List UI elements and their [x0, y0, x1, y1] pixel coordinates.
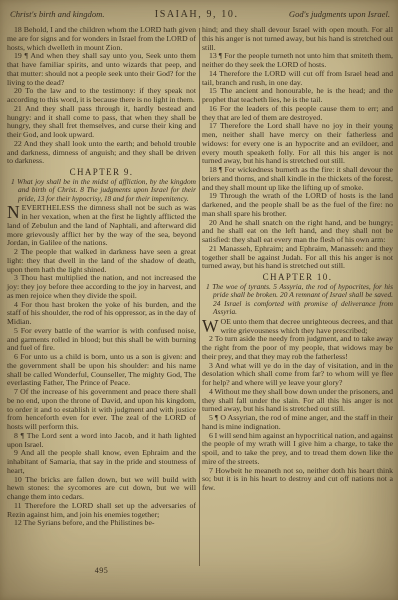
verse: 16 For the leaders of this people cause … [202, 105, 393, 123]
verse: 12 The Syrians before, and the Philistin… [7, 519, 196, 528]
verse: 5 For every battle of the warrior is wit… [7, 327, 196, 353]
verse: 20 And he shall snatch on the right hand… [202, 219, 393, 245]
running-head-left: Christ's birth and kingdom. [10, 9, 104, 19]
verse: 5 ¶ O Assyrian, the rod of mine anger, a… [202, 414, 393, 432]
chapter-summary: 1 What joy shall be in the midst of affl… [7, 178, 196, 204]
running-head-right: God's judgments upon Israel. [289, 9, 390, 19]
verse: 20 To the law and to the testimony: if t… [7, 87, 196, 105]
verse: 17 Therefore the Lord shall have no joy … [202, 122, 393, 166]
verse: 22 And they shall look unto the earth; a… [7, 140, 196, 166]
verse: 9 And all the people shall know, even Ep… [7, 449, 196, 475]
verse: 7 Of the increase of his government and … [7, 388, 196, 432]
verse: 21 Manasseh, Ephraim; and Ephraim, Manas… [202, 245, 393, 271]
verse: 7 Howbeit he meaneth not so, neither dot… [202, 467, 393, 493]
verse: 14 Therefore the LORD will cut off from … [202, 70, 393, 88]
chapter-summary: 1 The woe of tyrants. 5 Assyria, the rod… [202, 283, 393, 317]
verse: 4 For thou hast broken the yoke of his b… [7, 301, 196, 327]
verse: 15 The ancient and honourable, he is the… [202, 87, 393, 105]
verse: 19 ¶ And when they shall say unto you, S… [7, 52, 196, 87]
verse: 11 Therefore the LORD shall set up the a… [7, 502, 196, 520]
verse: 8 ¶ The Lord sent a word into Jacob, and… [7, 432, 196, 450]
verse-continuation: hind; and they shall devour Israel with … [202, 26, 393, 52]
page-heading: ISAIAH, 9, 10. [155, 9, 239, 20]
verse: 10 The bricks are fallen down, but we wi… [7, 476, 196, 502]
bible-page: Christ's birth and kingdom. ISAIAH, 9, 1… [0, 0, 398, 600]
column-divider [199, 28, 200, 566]
drop-cap-verse: NEVERTHELESS the dimness shall not be su… [7, 204, 196, 248]
verse: 6 I will send him against an hypocritica… [202, 432, 393, 467]
chapter-heading: CHAPTER 10. [202, 273, 393, 282]
verse: 18 Behold, I and the children whom the L… [7, 26, 196, 52]
verse: 2 The people that walked in darkness hav… [7, 248, 196, 274]
text-columns: 18 Behold, I and the children whom the L… [7, 26, 393, 566]
verse: 13 ¶ For the people turneth not unto him… [202, 52, 393, 70]
verse: 19 Through the wrath of the LORD of host… [202, 192, 393, 218]
verse: 18 ¶ For wickedness burneth as the fire:… [202, 166, 393, 192]
right-column: hind; and they shall devour Israel with … [202, 26, 393, 566]
verse: 4 Without me they shall bow down under t… [202, 388, 393, 414]
left-column: 18 Behold, I and the children whom the L… [7, 26, 196, 566]
verse: 3 Thou hast multiplied the nation, and n… [7, 274, 196, 300]
drop-cap-verse: WOE unto them that decree unrighteous de… [202, 318, 393, 336]
chapter-heading: CHAPTER 9. [7, 168, 196, 177]
page-number: 495 [7, 566, 196, 575]
verse: 6 For unto us a child is born, unto us a… [7, 353, 196, 388]
verse: 21 And they shall pass through it, hardl… [7, 105, 196, 140]
verse: 2 To turn aside the needy from judgment,… [202, 335, 393, 361]
verse: 3 And what will ye do in the day of visi… [202, 362, 393, 388]
running-header: Christ's birth and kingdom. ISAIAH, 9, 1… [10, 9, 390, 20]
